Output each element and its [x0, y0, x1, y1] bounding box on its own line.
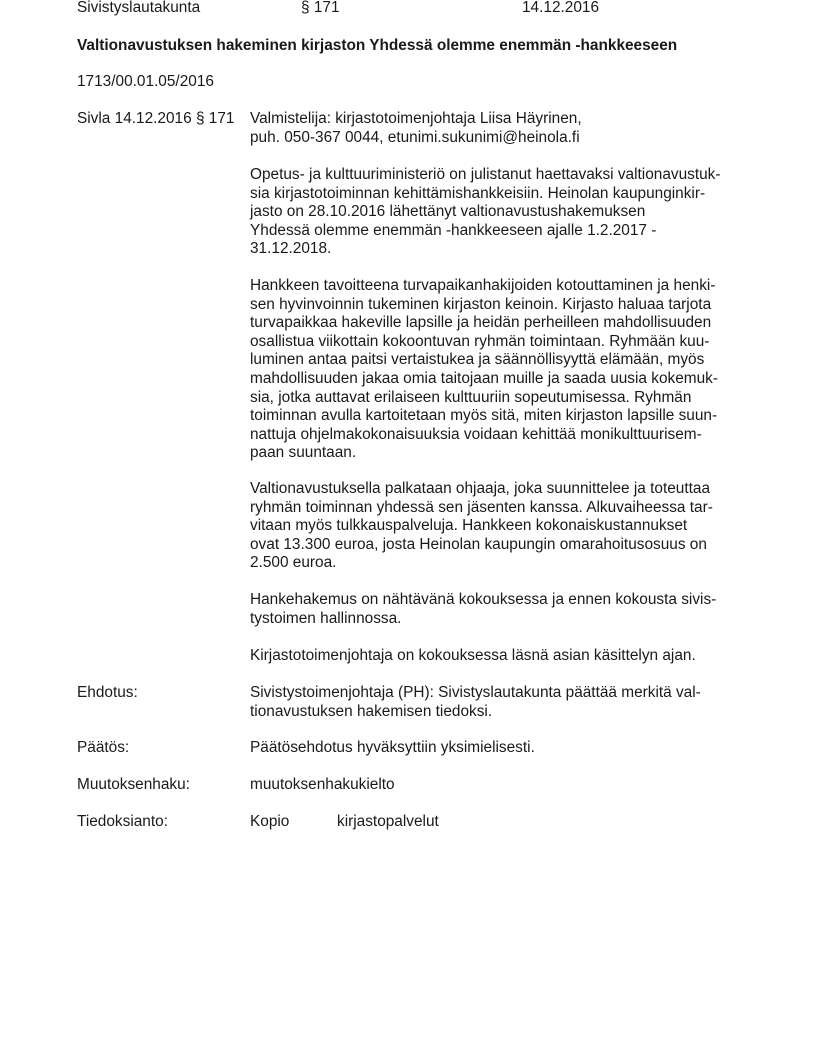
paragraph-background: Opetus- ja kulttuuriministeriö on julist…: [250, 166, 721, 259]
text-line: Kirjastotoimenjohtaja on kokouksessa läs…: [250, 647, 696, 666]
text-line: toiminnan avulla kartoitetaan myös sitä,…: [250, 407, 718, 426]
proposal-label: Ehdotus:: [77, 684, 138, 702]
text-line: paan suuntaan.: [250, 444, 718, 463]
text-line: tystoimen hallinnossa.: [250, 610, 716, 629]
text-line: Valtionavustuksella palkataan ohjaaja, j…: [250, 480, 713, 499]
paragraph-attendance: Kirjastotoimenjohtaja on kokouksessa läs…: [250, 647, 696, 666]
copy-label: Kopio: [250, 813, 289, 831]
text-line: mahdollisuuden jakaa omia taitojaan muil…: [250, 370, 718, 389]
text-line: nattuja ohjelmakokonaisuuksia voidaan ke…: [250, 426, 718, 445]
notification-label: Tiedoksianto:: [77, 813, 168, 831]
diary-number: 1713/00.01.05/2016: [77, 73, 214, 91]
decision-label: Päätös:: [77, 739, 129, 757]
text-line: sia kirjastotoiminnan kehittämishankkeis…: [250, 185, 721, 204]
preparer-line: Valmistelija: kirjastotoimenjohtaja Liis…: [250, 110, 582, 129]
appeal-text: muutoksenhakukielto: [250, 776, 395, 794]
text-line: ryhmän toiminnan yhdessä sen jäsenten ka…: [250, 499, 713, 518]
text-line: sen hyvinvoinnin tukeminen kirjaston kei…: [250, 296, 718, 315]
text-line: Hankkeen tavoitteena turvapaikanhakijoid…: [250, 277, 718, 296]
section-number: § 171: [301, 0, 340, 17]
text-line: vitaan myös tulkkauspalveluja. Hankkeen …: [250, 517, 713, 536]
document-title: Valtionavustuksen hakeminen kirjaston Yh…: [77, 37, 677, 55]
reference-label: Sivla 14.12.2016 § 171: [77, 110, 234, 128]
proposal-text: Sivistystoimenjohtaja (PH): Sivistyslaut…: [250, 684, 701, 721]
text-line: turvapaikkaa hakeville lapsille ja heidä…: [250, 314, 718, 333]
text-line: Hankehakemus on nähtävänä kokouksessa ja…: [250, 591, 716, 610]
text-line: jasto on 28.10.2016 lähettänyt valtionav…: [250, 203, 721, 222]
paragraph-availability: Hankehakemus on nähtävänä kokouksessa ja…: [250, 591, 716, 628]
text-line: Yhdessä olemme enemmän -hankkeeseen ajal…: [250, 222, 721, 241]
appeal-label: Muutoksenhaku:: [77, 776, 190, 794]
text-line: Opetus- ja kulttuuriministeriö on julist…: [250, 166, 721, 185]
copy-recipient: kirjastopalvelut: [337, 813, 439, 831]
preparer-info: Valmistelija: kirjastotoimenjohtaja Liis…: [250, 110, 582, 147]
text-line: osallistua viikottain kokoontuvan ryhmän…: [250, 333, 718, 352]
text-line: luminen antaa paitsi vertaistukea ja sää…: [250, 351, 718, 370]
text-line: 2.500 euroa.: [250, 554, 713, 573]
preparer-contact: puh. 050-367 0044, etunimi.sukunimi@hein…: [250, 129, 582, 148]
meeting-date: 14.12.2016: [522, 0, 599, 17]
text-line: tionavustuksen hakemisen tiedoksi.: [250, 703, 701, 722]
committee-name: Sivistyslautakunta: [77, 0, 200, 17]
paragraph-goals: Hankkeen tavoitteena turvapaikanhakijoid…: [250, 277, 718, 463]
paragraph-funding: Valtionavustuksella palkataan ohjaaja, j…: [250, 480, 713, 573]
text-line: 31.12.2018.: [250, 240, 721, 259]
text-line: ovat 13.300 euroa, josta Heinolan kaupun…: [250, 536, 713, 555]
text-line: sia, jotka auttavat erilaiseen kulttuuri…: [250, 389, 718, 408]
text-line: Sivistystoimenjohtaja (PH): Sivistyslaut…: [250, 684, 701, 703]
decision-text: Päätösehdotus hyväksyttiin yksimielisest…: [250, 739, 535, 757]
